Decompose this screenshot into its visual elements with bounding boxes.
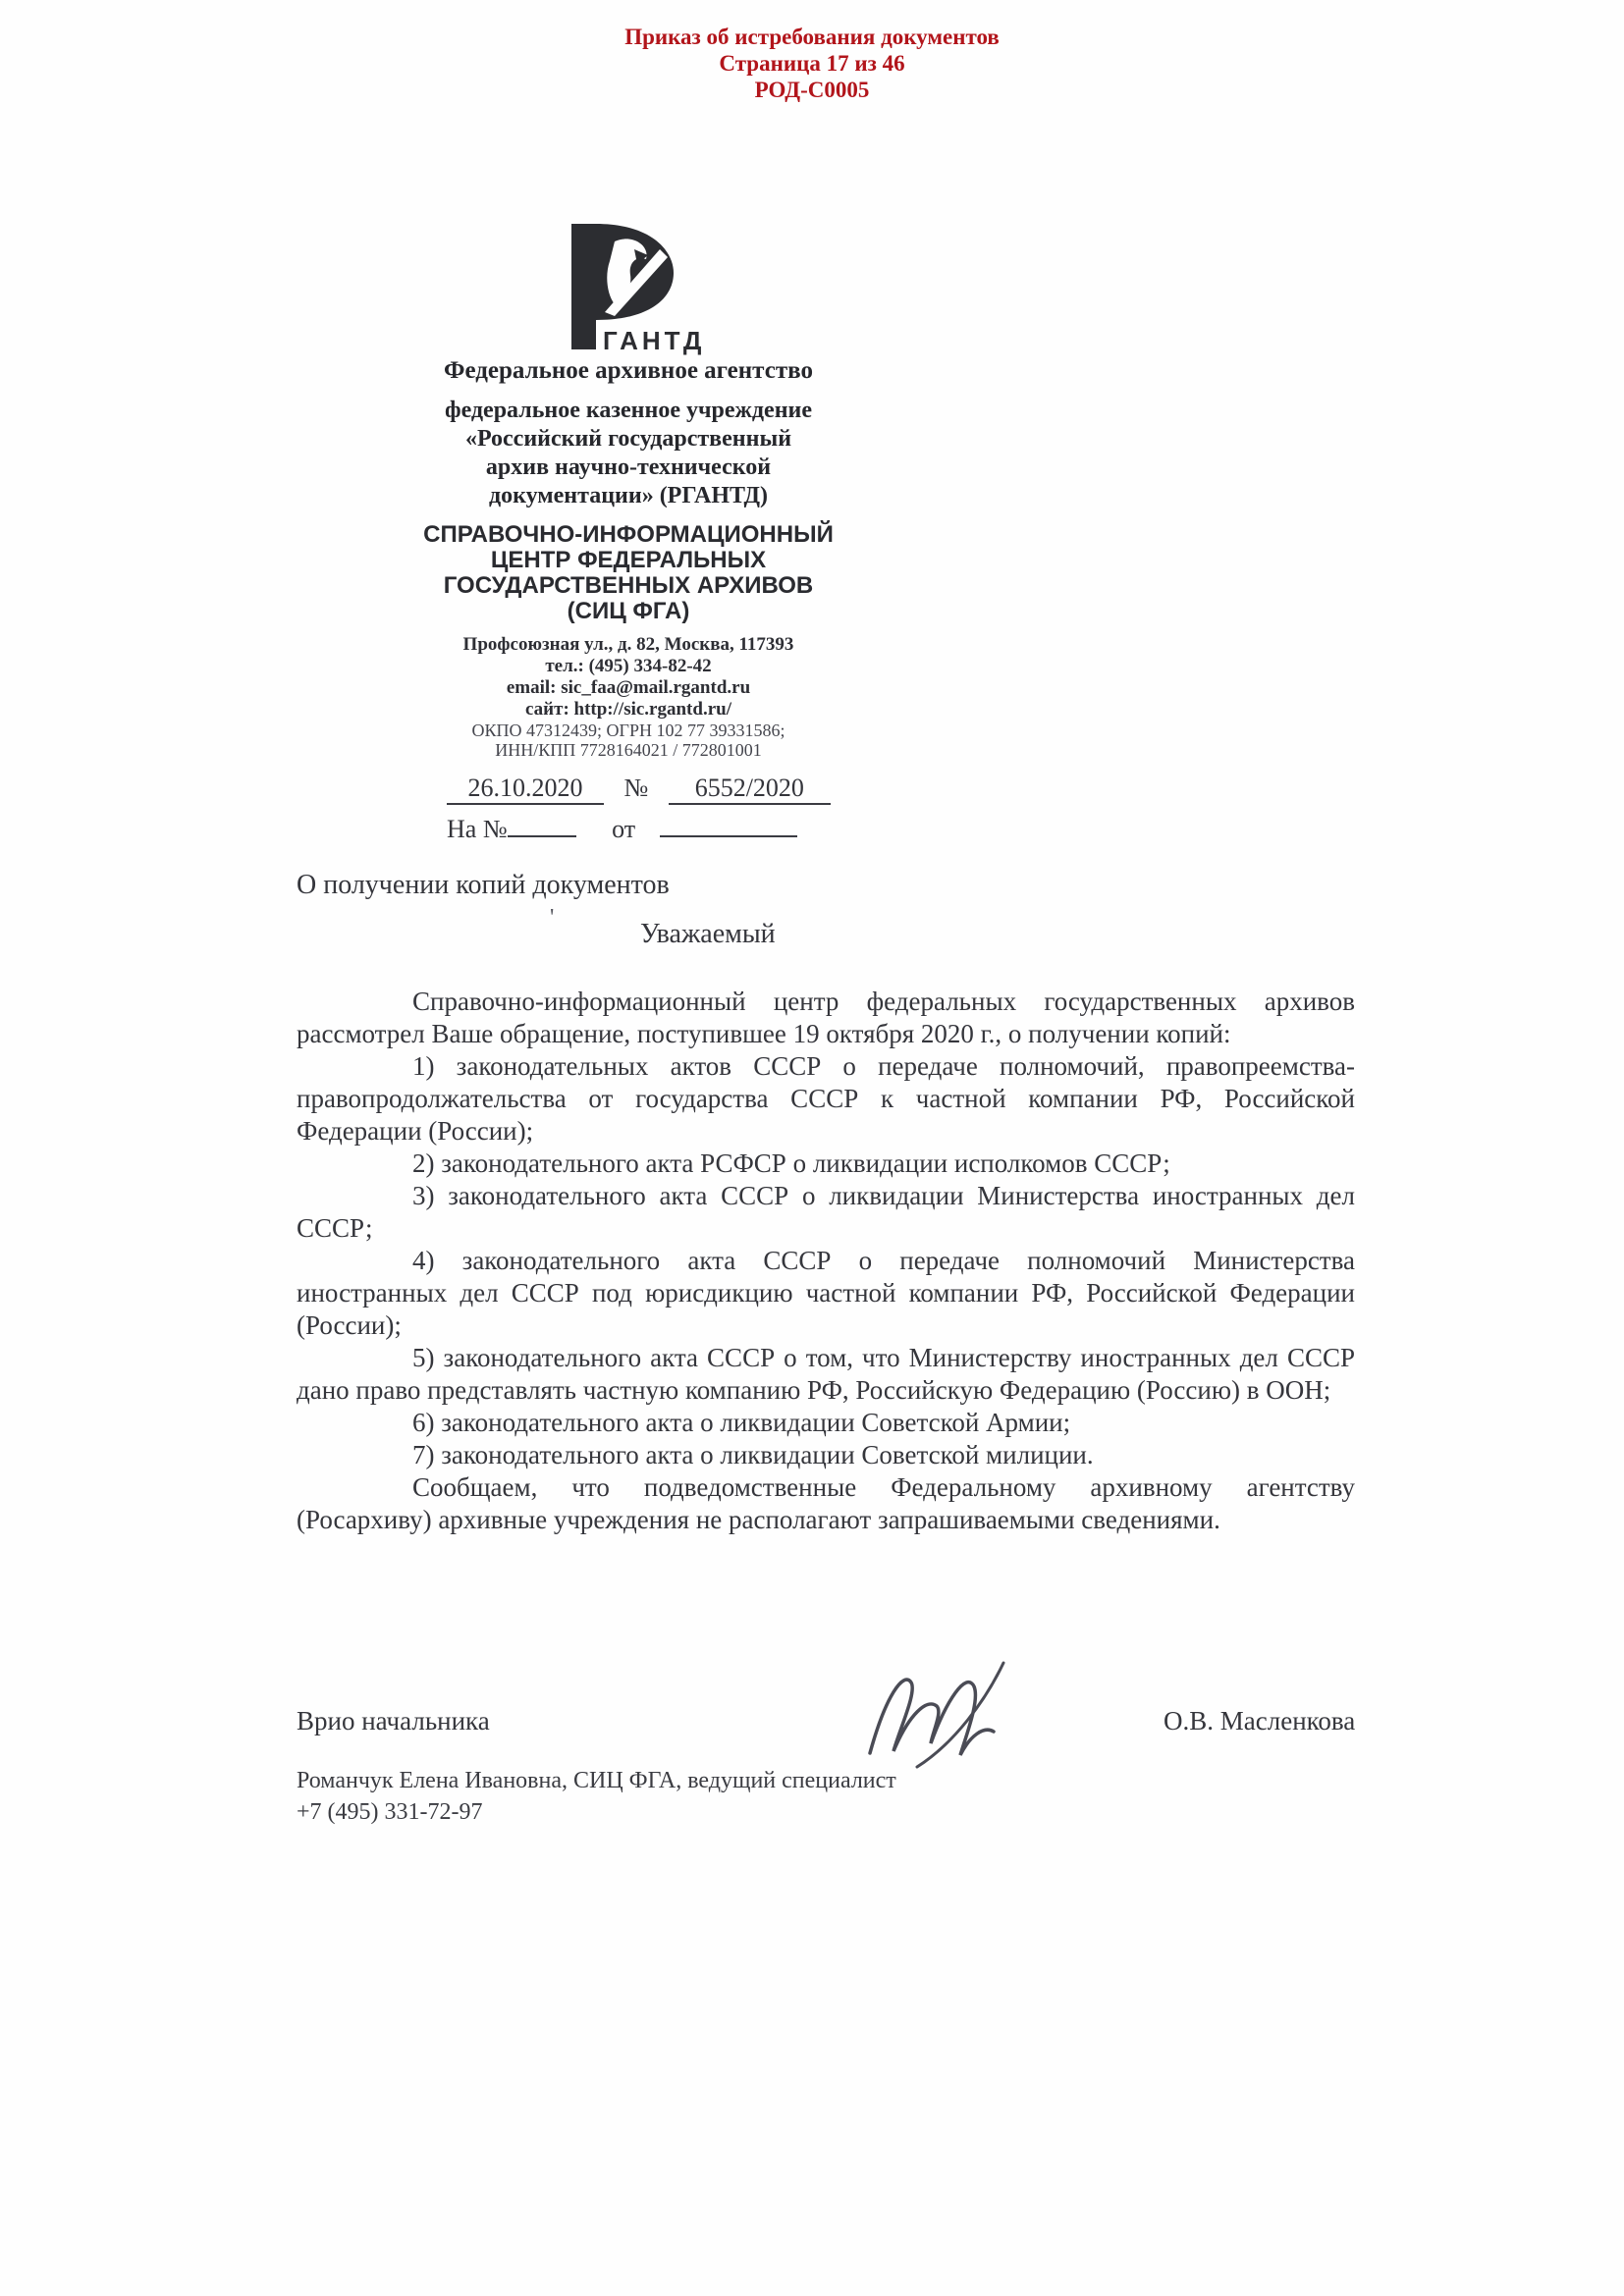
center-name-line: (СИЦ ФГА) — [393, 599, 864, 624]
logo-caption: ГАНТД — [603, 326, 705, 355]
scanned-letter-page: Приказ об истребования документов Страни… — [0, 0, 1624, 2296]
signature-stroke-icon — [856, 1657, 1053, 1770]
body-list-item: 6) законодательного акта о ликвидации Со… — [297, 1407, 1355, 1439]
agency-name: Федеральное архивное агентство — [412, 357, 844, 385]
center-name-line: ЦЕНТР ФЕДЕРАЛЬНЫХ — [393, 548, 864, 573]
body-list-item: 1) законодательных актов СССР о передаче… — [297, 1050, 1355, 1148]
document-control-header: Приказ об истребования документов Страни… — [0, 24, 1624, 103]
center-name-line: ГОСУДАРСТВЕННЫХ АРХИВОВ — [393, 573, 864, 599]
email-line: email: sic_faa@mail.rgantd.ru — [393, 677, 864, 699]
executor-name: Романчук Елена Ивановна, СИЦ ФГА, ведущи… — [297, 1765, 1180, 1796]
rgantd-logo: ГАНТД — [566, 222, 723, 359]
body-list-item: 7) законодательного акта о ликвидации Со… — [297, 1439, 1355, 1471]
incoming-ref-row: На № от — [447, 815, 859, 844]
handwritten-signature-icon — [856, 1657, 1053, 1770]
control-header-doc-code: РОД-С0005 — [0, 77, 1624, 103]
website-line: сайт: http://sic.rgantd.ru/ — [393, 699, 864, 721]
inn-kpp-line: ИНН/КПП 7728164021 / 772801001 — [393, 740, 864, 760]
signer-position: Врио начальника — [297, 1706, 490, 1736]
ot-label: от — [612, 815, 635, 843]
signer-name: О.В. Масленкова — [1164, 1706, 1355, 1736]
contact-block: Профсоюзная ул., д. 82, Москва, 117393 т… — [393, 634, 864, 760]
body-paragraph-intro: Справочно-информационный центр федеральн… — [297, 986, 1355, 1050]
body-list-item: 5) законодательного акта СССР о том, что… — [297, 1342, 1355, 1407]
number-sign: № — [624, 774, 649, 802]
incoming-number-blank — [508, 835, 576, 837]
body-list-item: 3) законодательного акта СССР о ликвидац… — [297, 1180, 1355, 1245]
center-name: СПРАВОЧНО-ИНФОРМАЦИОННЫЙ ЦЕНТР ФЕДЕРАЛЬН… — [393, 522, 864, 624]
org-line: федеральное казенное учреждение — [412, 397, 844, 425]
letter-number: 6552/2020 — [669, 774, 831, 805]
body-list-item: 4) законодательного акта СССР о передаче… — [297, 1245, 1355, 1342]
phone-line: тел.: (495) 334-82-42 — [393, 656, 864, 677]
executor-phone: +7 (495) 331-72-97 — [297, 1796, 1180, 1828]
postal-address: Профсоюзная ул., д. 82, Москва, 117393 — [393, 634, 864, 656]
executor-block: Романчук Елена Ивановна, СИЦ ФГА, ведущи… — [297, 1765, 1180, 1828]
outgoing-ref-row: 26.10.2020 № 6552/2020 — [447, 774, 859, 805]
greeting: Уважаемый — [640, 919, 776, 950]
na-no-label: На № — [447, 815, 508, 843]
control-header-page-number: Страница 17 из 46 — [0, 50, 1624, 77]
control-header-title: Приказ об истребования документов — [0, 24, 1624, 50]
body-list-item: 2) законодательного акта РСФСР о ликвида… — [297, 1148, 1355, 1180]
organization-name: федеральное казенное учреждение «Российс… — [412, 397, 844, 510]
letter-date: 26.10.2020 — [447, 774, 604, 805]
scan-artifact-mark: ' — [550, 905, 554, 932]
rgantd-logo-icon: ГАНТД — [566, 222, 723, 359]
reference-block: 26.10.2020 № 6552/2020 На № от — [447, 774, 859, 854]
org-line: «Российский государственный — [412, 425, 844, 454]
org-line: архив научно-технической — [412, 454, 844, 482]
okpo-ogrn-line: ОКПО 47312439; ОГРН 102 77 39331586; — [393, 721, 864, 740]
subject-line: О получении копий документов — [297, 870, 670, 901]
body-paragraph-closing: Сообщаем, что подведомственные Федеральн… — [297, 1471, 1355, 1536]
org-line: документации» (РГАНТД) — [412, 482, 844, 510]
letter-body: Справочно-информационный центр федеральн… — [297, 986, 1355, 1536]
center-name-line: СПРАВОЧНО-ИНФОРМАЦИОННЫЙ — [393, 522, 864, 548]
incoming-date-blank — [660, 835, 797, 837]
